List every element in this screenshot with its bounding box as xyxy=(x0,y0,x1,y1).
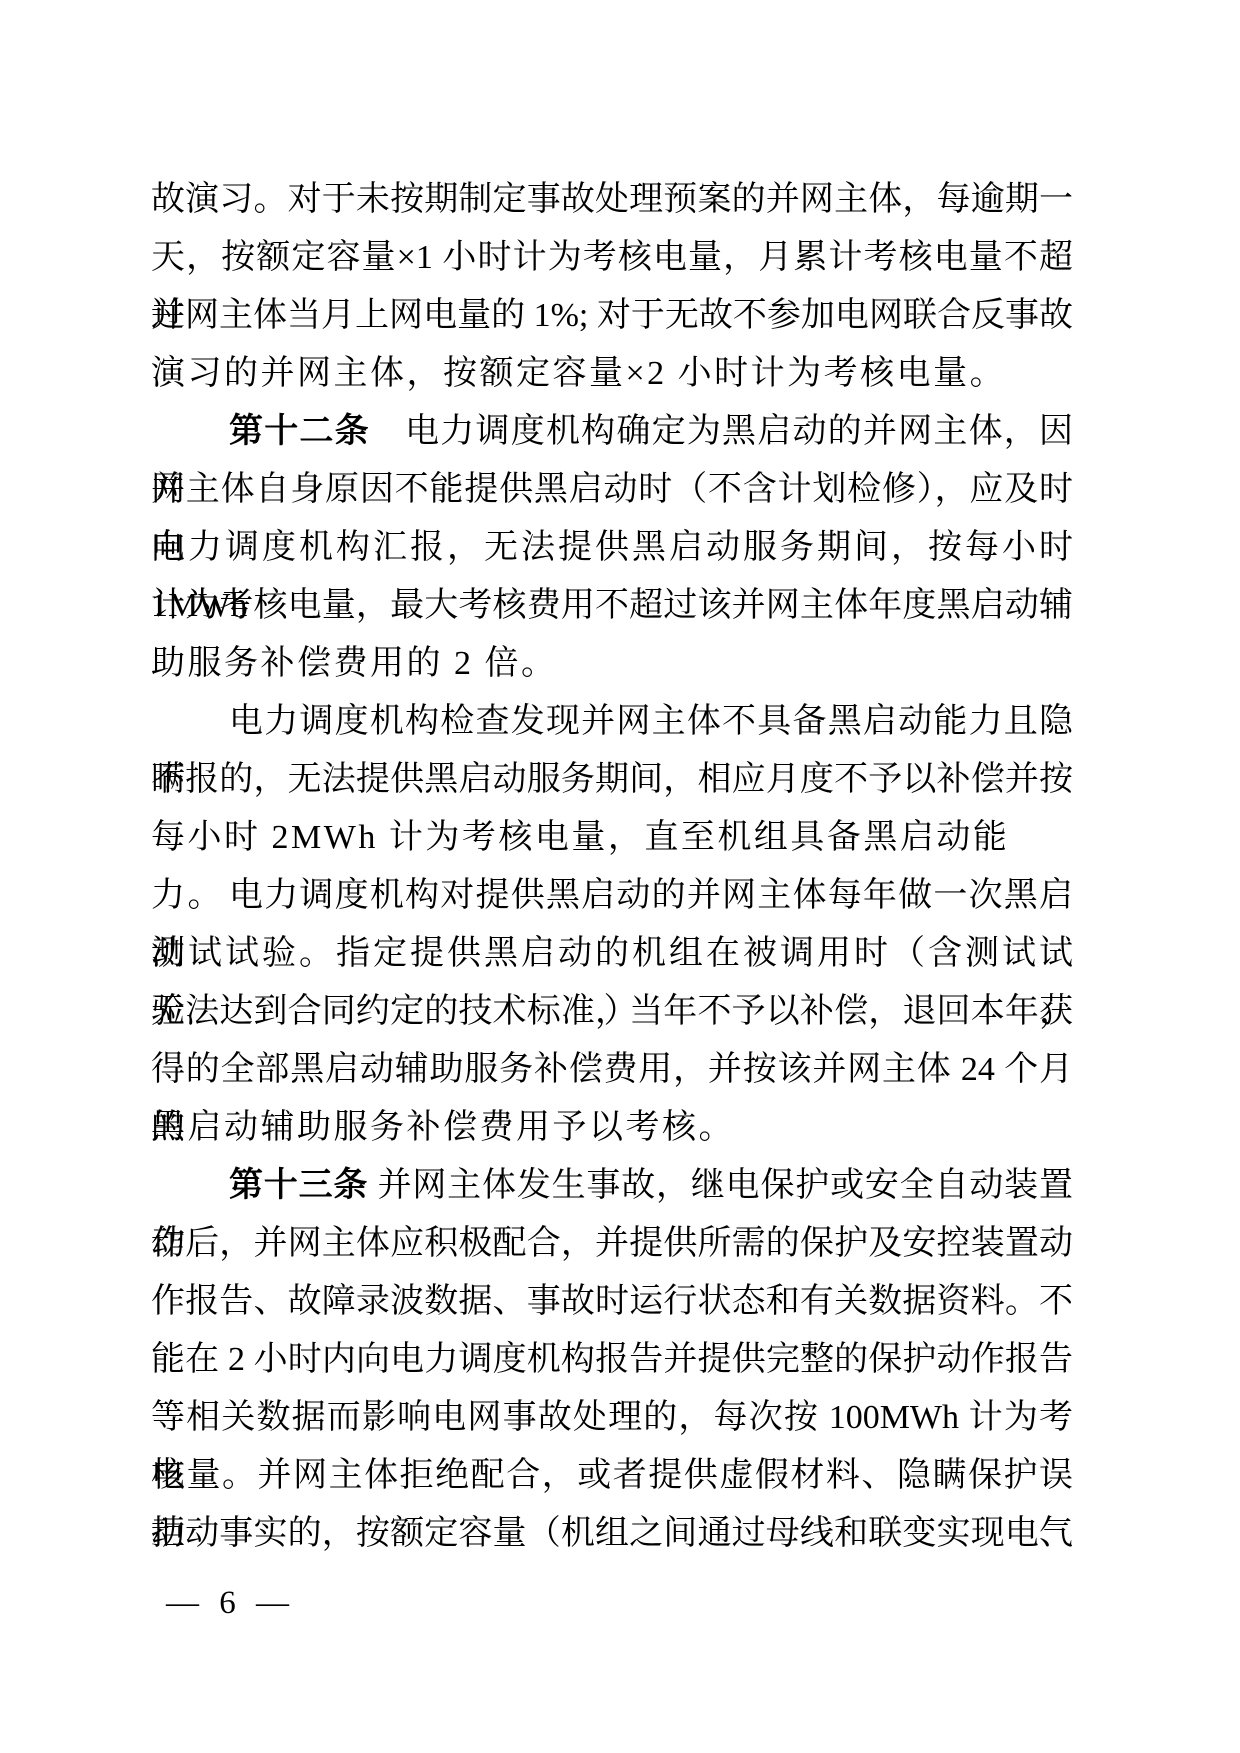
text-line: 网主体自身原因不能提供黑启动时（不含计划检修），应及时向 xyxy=(151,461,1073,519)
text-line: 电力调度机构汇报，无法提供黑启动服务期间，按每小时 1MWh xyxy=(151,519,1073,577)
text-line: 测试试验。指定提供黑启动的机组在被调用时（含测试试验）， xyxy=(151,925,1073,983)
text-line: 拒动事实的，按额定容量（机组之间通过母线和联变实现电气 xyxy=(151,1505,1073,1563)
text-line: 计为考核电量，最大考核费用不超过该并网主体年度黑启动辅 xyxy=(151,577,1073,635)
text-line: 故演习。对于未按期制定事故处理预案的并网主体，每逾期一 xyxy=(151,171,1073,229)
text-line: 无法达到合同约定的技术标准，当年不予以补偿，退回本年获 xyxy=(151,983,1073,1041)
text-line: 作报告、故障录波数据、事故时运行状态和有关数据资料。不 xyxy=(151,1273,1073,1331)
text-line: 不报的，无法提供黑启动服务期间，相应月度不予以补偿并按 xyxy=(151,751,1073,809)
text-line: 每小时 2MWh 计为考核电量，直至机组具备黑启动能力。 xyxy=(151,809,1073,867)
text-line: 黑启动辅助服务补偿费用予以考核。 xyxy=(151,1099,1073,1157)
article-number: 第十三条 xyxy=(229,1167,368,1204)
text-line: 电量。并网主体拒绝配合，或者提供虚假材料、隐瞒保护误动、 xyxy=(151,1447,1073,1505)
text-line: 电力调度机构检查发现并网主体不具备黑启动能力且隐瞒 xyxy=(151,693,1073,751)
text-line: 等相关数据而影响电网事故处理的，每次按 100MWh 计为考核 xyxy=(151,1389,1073,1447)
footer-page-number: — 6 — xyxy=(166,1578,295,1628)
text-line: 第十二条 电力调度机构确定为黑启动的并网主体，因并 xyxy=(151,403,1073,461)
article-number: 第十二条 xyxy=(229,413,370,450)
text-line: 电力调度机构对提供黑启动的并网主体每年做一次黑启动 xyxy=(151,867,1073,925)
text-line: 助服务补偿费用的 2 倍。 xyxy=(151,635,1073,693)
text-line: 第十三条 并网主体发生事故，继电保护或安全自动装置动 xyxy=(151,1157,1073,1215)
document-text: 故演习。对于未按期制定事故处理预案的并网主体，每逾期一天，按额定容量×1 小时计… xyxy=(151,171,1073,1563)
text-line: 并网主体当月上网电量的 1%; 对于无故不参加电网联合反事故 xyxy=(151,287,1073,345)
text-line: 能在 2 小时内向电力调度机构报告并提供完整的保护动作报告 xyxy=(151,1331,1073,1389)
text-line: 天，按额定容量×1 小时计为考核电量，月累计考核电量不超过 xyxy=(151,229,1073,287)
text-line: 作后，并网主体应积极配合，并提供所需的保护及安控装置动 xyxy=(151,1215,1073,1273)
text-line: 演习的并网主体，按额定容量×2 小时计为考核电量。 xyxy=(151,345,1073,403)
document-page: 故演习。对于未按期制定事故处理预案的并网主体，每逾期一天，按额定容量×1 小时计… xyxy=(0,0,1240,1753)
text-line: 得的全部黑启动辅助服务补偿费用，并按该并网主体 24 个月的 xyxy=(151,1041,1073,1099)
